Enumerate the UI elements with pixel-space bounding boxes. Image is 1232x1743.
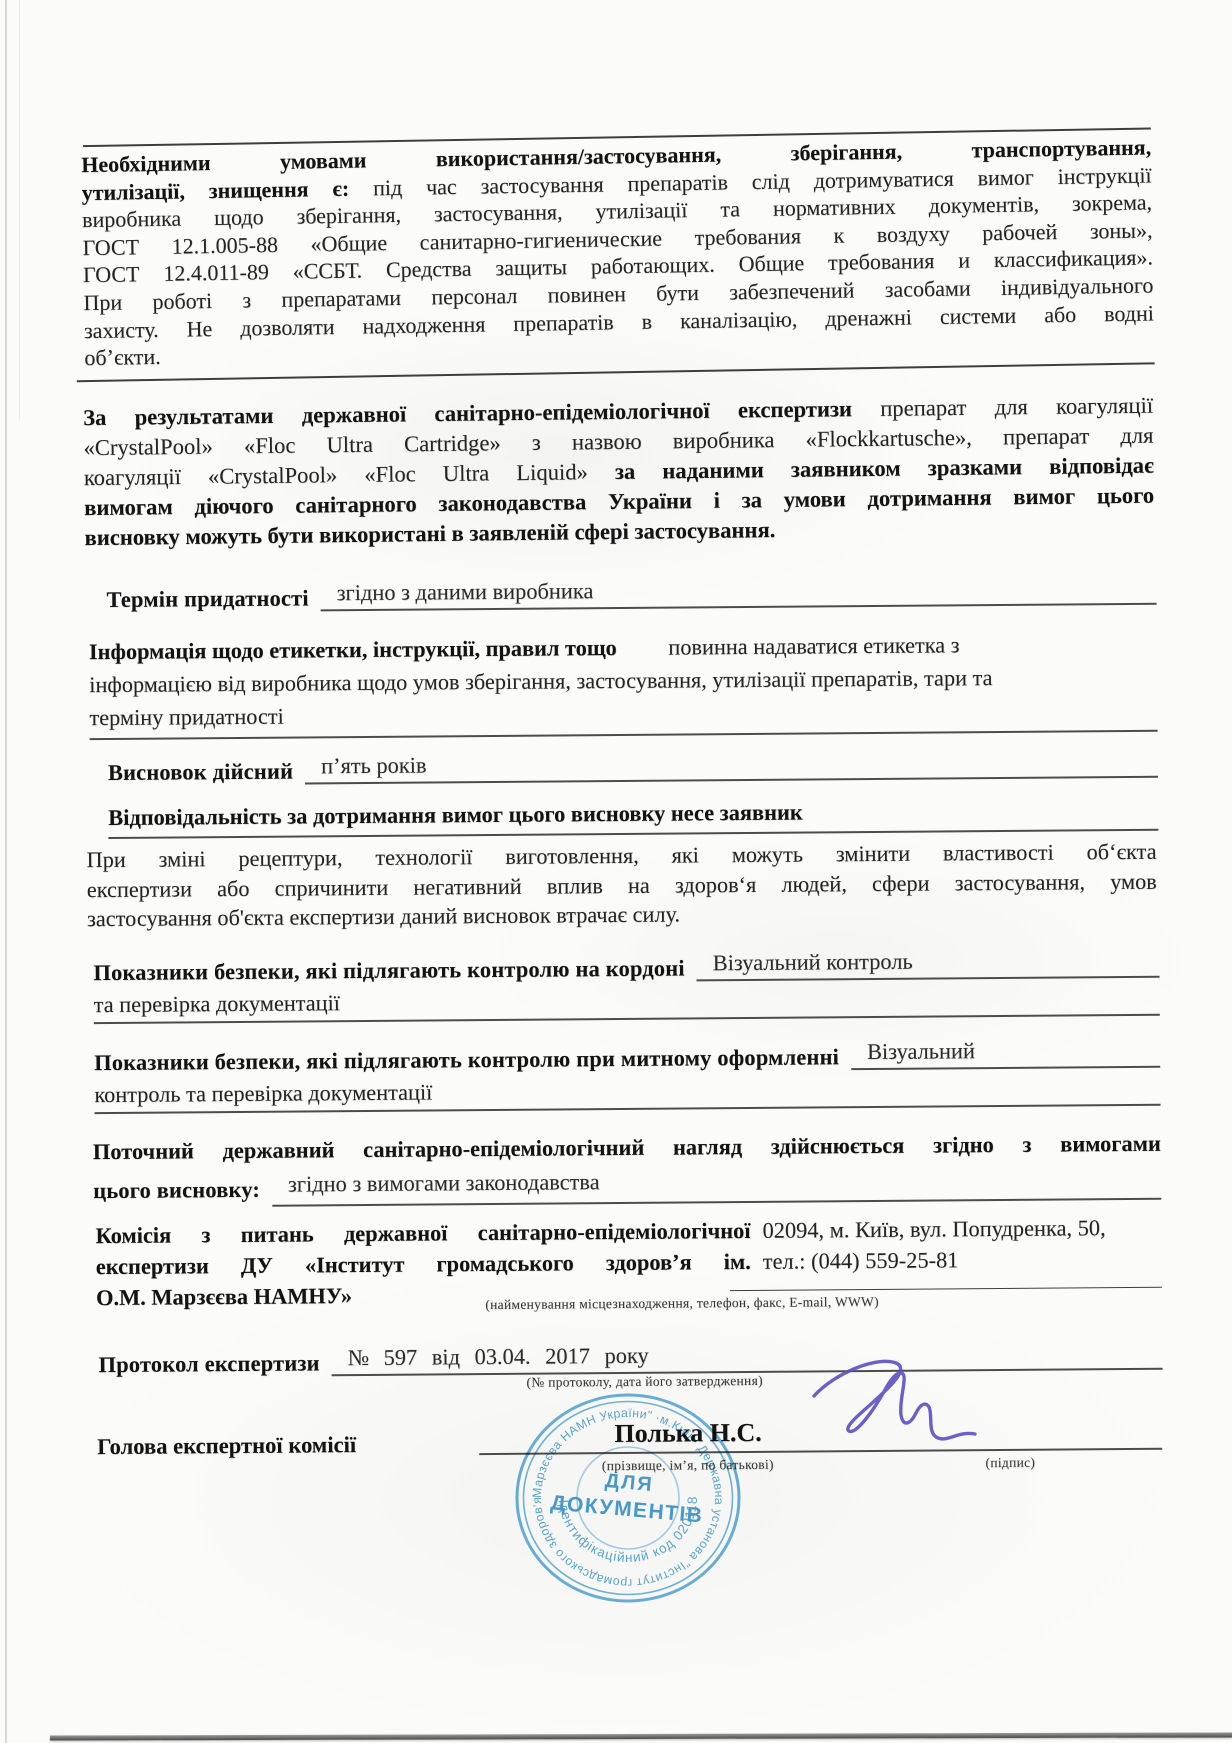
responsibility-label: Відповідальність за дотримання вимог цьо… xyxy=(108,797,1158,839)
document-page: Необхідними умовами використання/застосу… xyxy=(0,0,1232,1743)
label-info-value-3: терміну придатності xyxy=(89,693,1157,740)
conditions-label-2: утилізації, знищення є: xyxy=(81,175,349,204)
protocol-label: Протокол експертизи xyxy=(98,1350,319,1378)
commission-caption: (найменування місцезнаходження, телефон,… xyxy=(412,1293,952,1313)
signature-scribble xyxy=(814,1361,975,1439)
validity-row: Висновок дійсний п’ять років xyxy=(108,747,1158,786)
shelf-life-row: Термін придатності згідно з даними вироб… xyxy=(106,574,1156,613)
results-bold-text: за наданими заявником зразками відповіда… xyxy=(615,453,1154,484)
commission-address-line1: 02094, м. Київ, вул. Попудренка, 50, xyxy=(762,1212,1161,1246)
border-control-block: Показники безпеки, які підлягають контро… xyxy=(93,947,1160,1024)
results-bold-text: висновку можуть бути використані в заявл… xyxy=(84,517,775,550)
shelf-life-label: Термін придатності xyxy=(106,585,308,613)
label-info-label: Інформація щодо етикетки, інструкції, пр… xyxy=(89,635,617,664)
commission-label-line: експертизи ДУ «Інститут громадського здо… xyxy=(96,1246,751,1282)
border-control-value-2: та перевірка документації xyxy=(94,984,1160,1024)
head-label: Голова експертної комісії xyxy=(97,1432,356,1460)
customs-control-block: Показники безпеки, які підлягають контро… xyxy=(94,1037,1161,1114)
official-stamp: Марзєєва НАМН України" ·м.Київ· Державна… xyxy=(513,1390,743,1606)
label-info-value: повинна надаватися етикетка з xyxy=(668,632,959,659)
results-paragraph: За результатами державної санітарно-епід… xyxy=(83,391,1155,554)
protocol-caption: (№ протоколу, дата його затвердження) xyxy=(510,1373,780,1391)
label-info-block: Інформація щодо етикетки, інструкції, пр… xyxy=(89,627,1158,740)
signature xyxy=(798,1352,988,1456)
shelf-life-value: згідно з даними виробника xyxy=(321,574,1157,612)
border-control-label: Показники безпеки, які підлягають контро… xyxy=(93,955,684,986)
commission-label-line: Комісія з питань державної санітарно-епі… xyxy=(95,1215,750,1251)
protocol-row: Протокол експертизи № 597 від 03.04. 201… xyxy=(98,1339,1162,1378)
validity-label: Висновок дійсний xyxy=(108,759,293,786)
results-text: препарат для коагуляції xyxy=(852,393,1153,422)
results-text: коагуляції «CrystalPool» «Floc Ultra Liq… xyxy=(84,459,615,490)
customs-control-value-2: контроль та перевірка документації xyxy=(94,1074,1160,1114)
customs-control-label: Показники безпеки, які підлягають контро… xyxy=(94,1044,839,1076)
conditions-text: об’єкти. xyxy=(84,344,161,370)
commission-address-line2: тел.: (044) 559-25-81 xyxy=(763,1243,1162,1277)
border-control-row: Показники безпеки, які підлягають контро… xyxy=(93,947,1159,986)
protocol-value: № 597 від 03.04. 2017 року xyxy=(332,1339,1163,1377)
responsibility-paragraph: При зміні рецептури, технології виготовл… xyxy=(86,837,1157,934)
border-control-value: Візуальний контроль xyxy=(697,947,1160,982)
validity-value: п’ять років xyxy=(305,747,1158,785)
surveillance-label-2: цього висновку: xyxy=(93,1173,260,1208)
surveillance-value: згідно з вимогами законодавства xyxy=(272,1161,1161,1207)
conditions-paragraph: Необхідними умовами використання/застосу… xyxy=(81,133,1155,371)
customs-control-value: Візуальний xyxy=(851,1037,1160,1070)
stamp-center-line1: ДЛЯ xyxy=(604,1470,654,1496)
surveillance-block: Поточний державний санітарно-епідеміолог… xyxy=(93,1127,1162,1208)
customs-control-row: Показники безпеки, які підлягають контро… xyxy=(94,1037,1160,1076)
head-caption-sign: (підпис) xyxy=(950,1454,1070,1471)
